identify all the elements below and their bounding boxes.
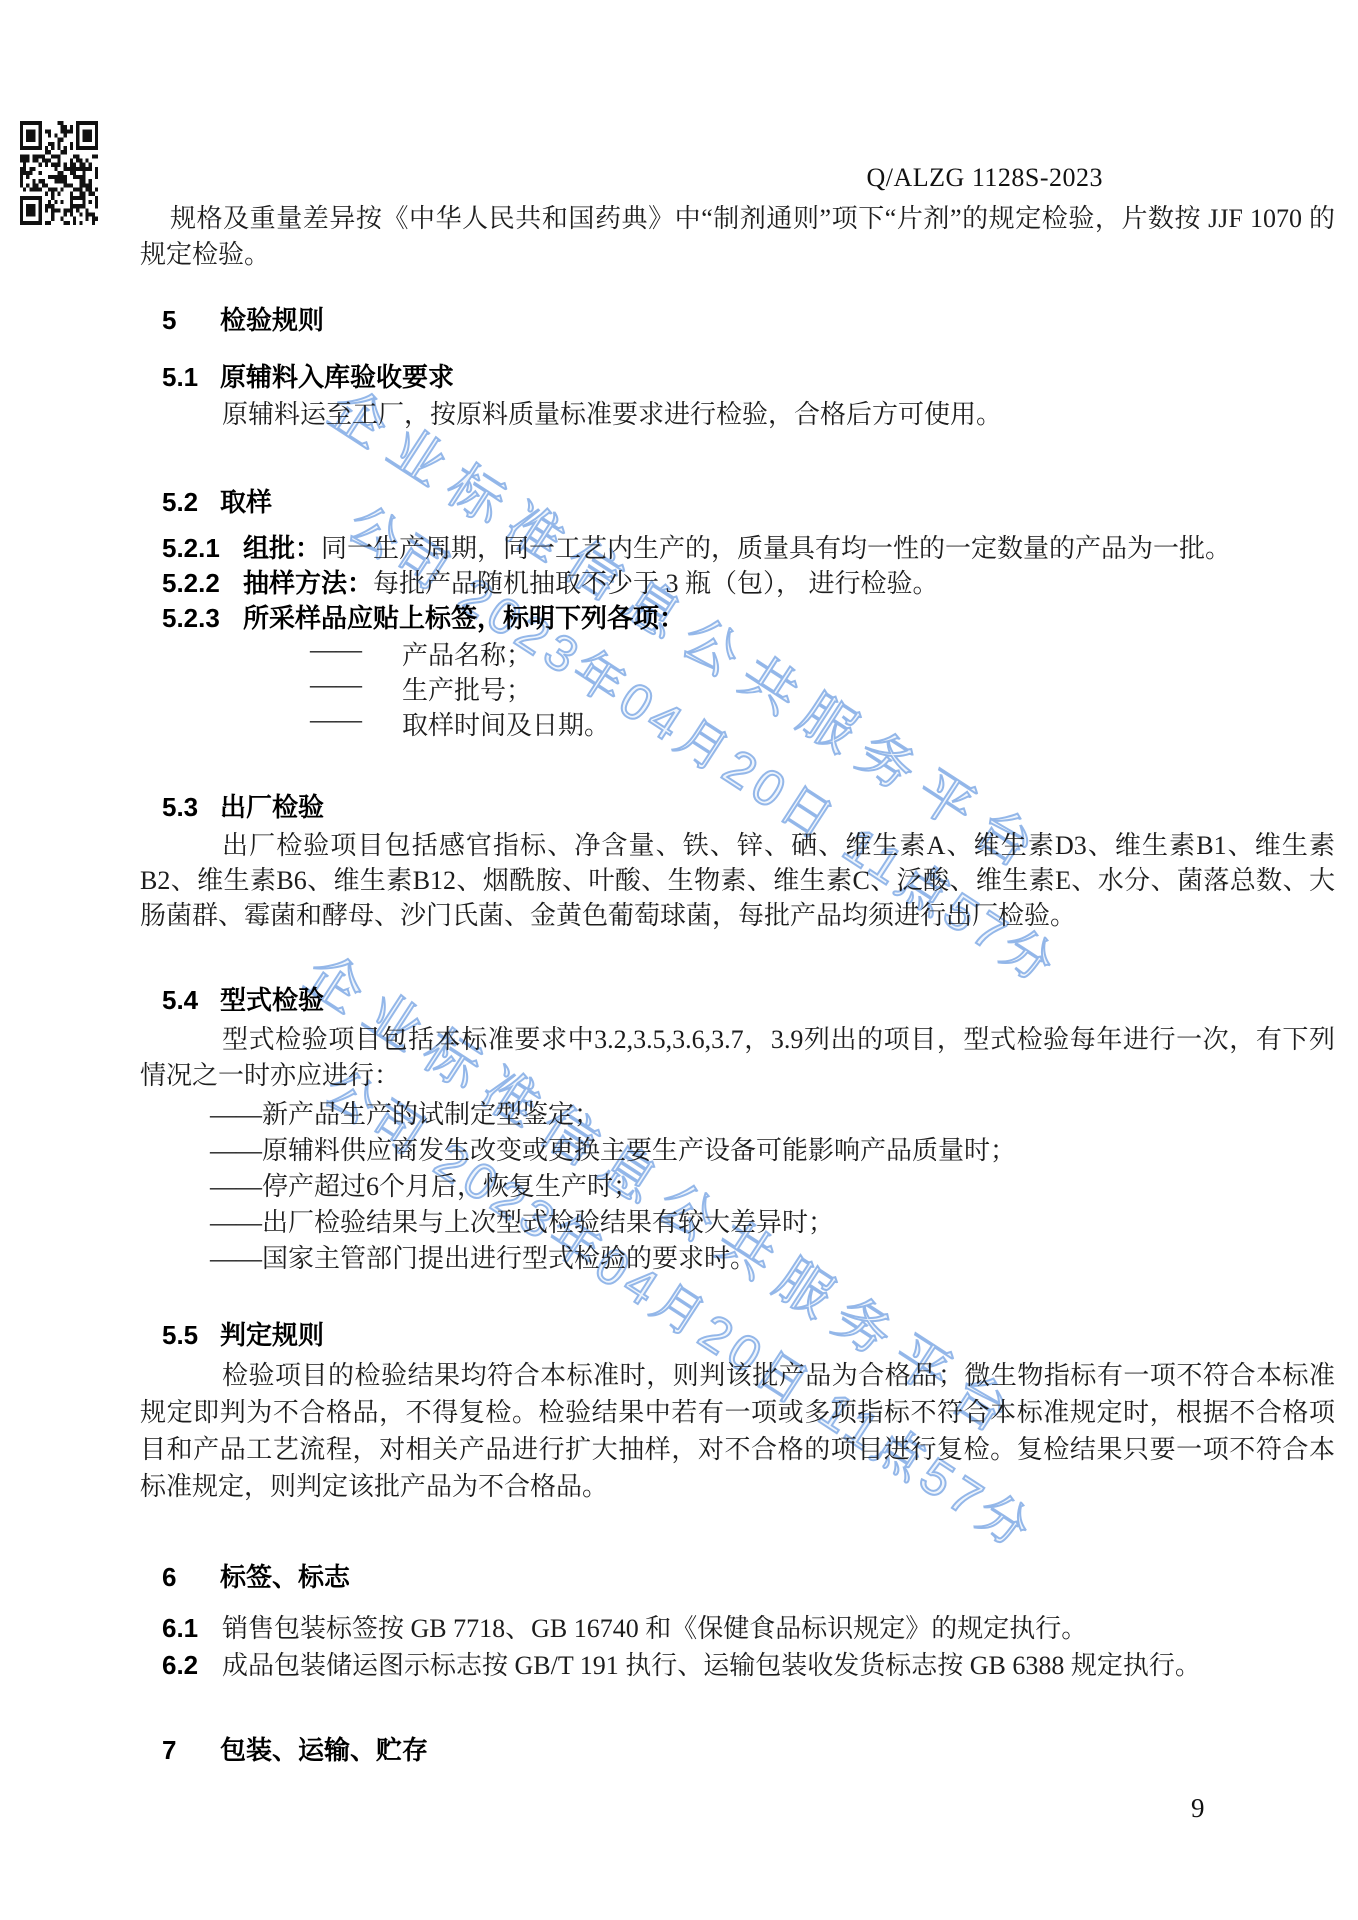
clause-label: 组批：: [243, 533, 321, 563]
section-52-heading: 5.2取样: [140, 482, 272, 519]
clause-text: 同一生产周期，同一工艺内生产的，质量具有均一性的一定数量的产品为一批。: [321, 534, 1231, 563]
list-item: ——国家主管部门提出进行型式检验的要求时。: [210, 1241, 1358, 1277]
section-title: 包装、运输、贮存: [220, 1735, 428, 1765]
section-7-heading: 7包装、运输、贮存: [140, 1730, 428, 1767]
section-55-paragraph: 检验项目的检验结果均符合本标准时，则判该批产品为合格品；微生物指标有一项不符合本…: [140, 1357, 1335, 1505]
dash-marker: ——: [310, 705, 362, 735]
list-item: ——出厂检验结果与上次型式检验结果有较大差异时；: [210, 1205, 1358, 1241]
section-51-heading: 5.1原辅料入库验收要求: [140, 357, 454, 394]
section-title: 取样: [220, 487, 272, 517]
section-54-heading: 5.4型式检验: [140, 980, 324, 1017]
clause-text: 销售包装标签按 GB 7718、GB 16740 和《保健食品标识规定》的规定执…: [222, 1614, 1087, 1643]
clause-522: 5.2.2抽样方法：每批产品随机抽取不少于 3 瓶（包）， 进行检验。: [140, 563, 1358, 600]
clause-text: 成品包装储运图示标志按 GB/T 191 执行、运输包装收发货标志按 GB 63…: [222, 1651, 1201, 1680]
section-title: 判定规则: [220, 1320, 324, 1350]
doc-number: Q/ALZG 1128S-2023: [867, 163, 1103, 193]
clause-521: 5.2.1组批：同一生产周期，同一工艺内生产的，质量具有均一性的一定数量的产品为…: [140, 528, 1358, 565]
list-item-text: 取样时间及日期。: [402, 705, 610, 742]
clause-label: 所采样品应贴上标签，标明下列各项：: [243, 603, 685, 633]
section-number: 6: [162, 1562, 220, 1593]
list-item: ——新产品生产的试制定型鉴定；: [210, 1097, 1358, 1133]
type-test-condition-list: ——新产品生产的试制定型鉴定； ——原辅料供应商发生改变或更换主要生产设备可能影…: [140, 1097, 1358, 1277]
clause-number: 5.2.3: [162, 603, 243, 634]
section-number: 5.5: [162, 1320, 220, 1351]
section-title: 标签、标志: [220, 1562, 350, 1592]
clause-text: 每批产品随机抽取不少于 3 瓶（包）， 进行检验。: [373, 569, 939, 598]
clause-62: 6.2成品包装储运图示标志按 GB/T 191 执行、运输包装收发货标志按 GB…: [140, 1645, 1358, 1682]
list-item: ——原辅料供应商发生改变或更换主要生产设备可能影响产品质量时；: [210, 1133, 1358, 1169]
section-51-paragraph: 原辅料运至工厂，按原料质量标准要求进行检验，合格后方可使用。: [140, 397, 1335, 433]
qr-code-icon: [20, 121, 98, 225]
section-number: 5.4: [162, 985, 220, 1016]
section-title: 原辅料入库验收要求: [220, 362, 454, 392]
section-title: 型式检验: [220, 985, 324, 1015]
section-6-heading: 6标签、标志: [140, 1557, 350, 1594]
section-5-heading: 5检验规则: [140, 300, 324, 337]
clause-523: 5.2.3所采样品应贴上标签，标明下列各项：: [140, 598, 1358, 635]
dash-marker: ——: [310, 635, 362, 665]
section-number: 5: [162, 305, 220, 336]
section-number: 5.3: [162, 792, 220, 823]
section-title: 出厂检验: [220, 792, 324, 822]
clause-number: 5.2.2: [162, 568, 243, 599]
section-53-paragraph: 出厂检验项目包括感官指标、净含量、铁、锌、硒、维生素A、维生素D3、维生素B1、…: [140, 828, 1335, 933]
section-number: 7: [162, 1735, 220, 1766]
clause-label: 抽样方法：: [243, 568, 373, 598]
section-53-heading: 5.3出厂检验: [140, 787, 324, 824]
clause-number: 6.1: [162, 1613, 222, 1644]
clause-61: 6.1销售包装标签按 GB 7718、GB 16740 和《保健食品标识规定》的…: [140, 1608, 1358, 1645]
clause-number: 5.2.1: [162, 533, 243, 564]
section-number: 5.1: [162, 362, 220, 393]
list-item-text: 生产批号；: [402, 670, 532, 707]
section-title: 检验规则: [220, 305, 324, 335]
dash-marker: ——: [310, 670, 362, 700]
section-54-paragraph: 型式检验项目包括本标准要求中3.2,3.5,3.6,3.7，3.9列出的项目，型…: [140, 1022, 1335, 1094]
section-number: 5.2: [162, 487, 220, 518]
page-number: 9: [1191, 1793, 1205, 1824]
list-item-text: 产品名称；: [402, 635, 532, 672]
intro-paragraph: 规格及重量差异按《中华人民共和国药典》中“制剂通则”项下“片剂”的规定检验，片数…: [140, 201, 1335, 273]
list-item: ——停产超过6个月后，恢复生产时；: [210, 1169, 1358, 1205]
clause-number: 6.2: [162, 1650, 222, 1681]
section-55-heading: 5.5判定规则: [140, 1315, 324, 1352]
